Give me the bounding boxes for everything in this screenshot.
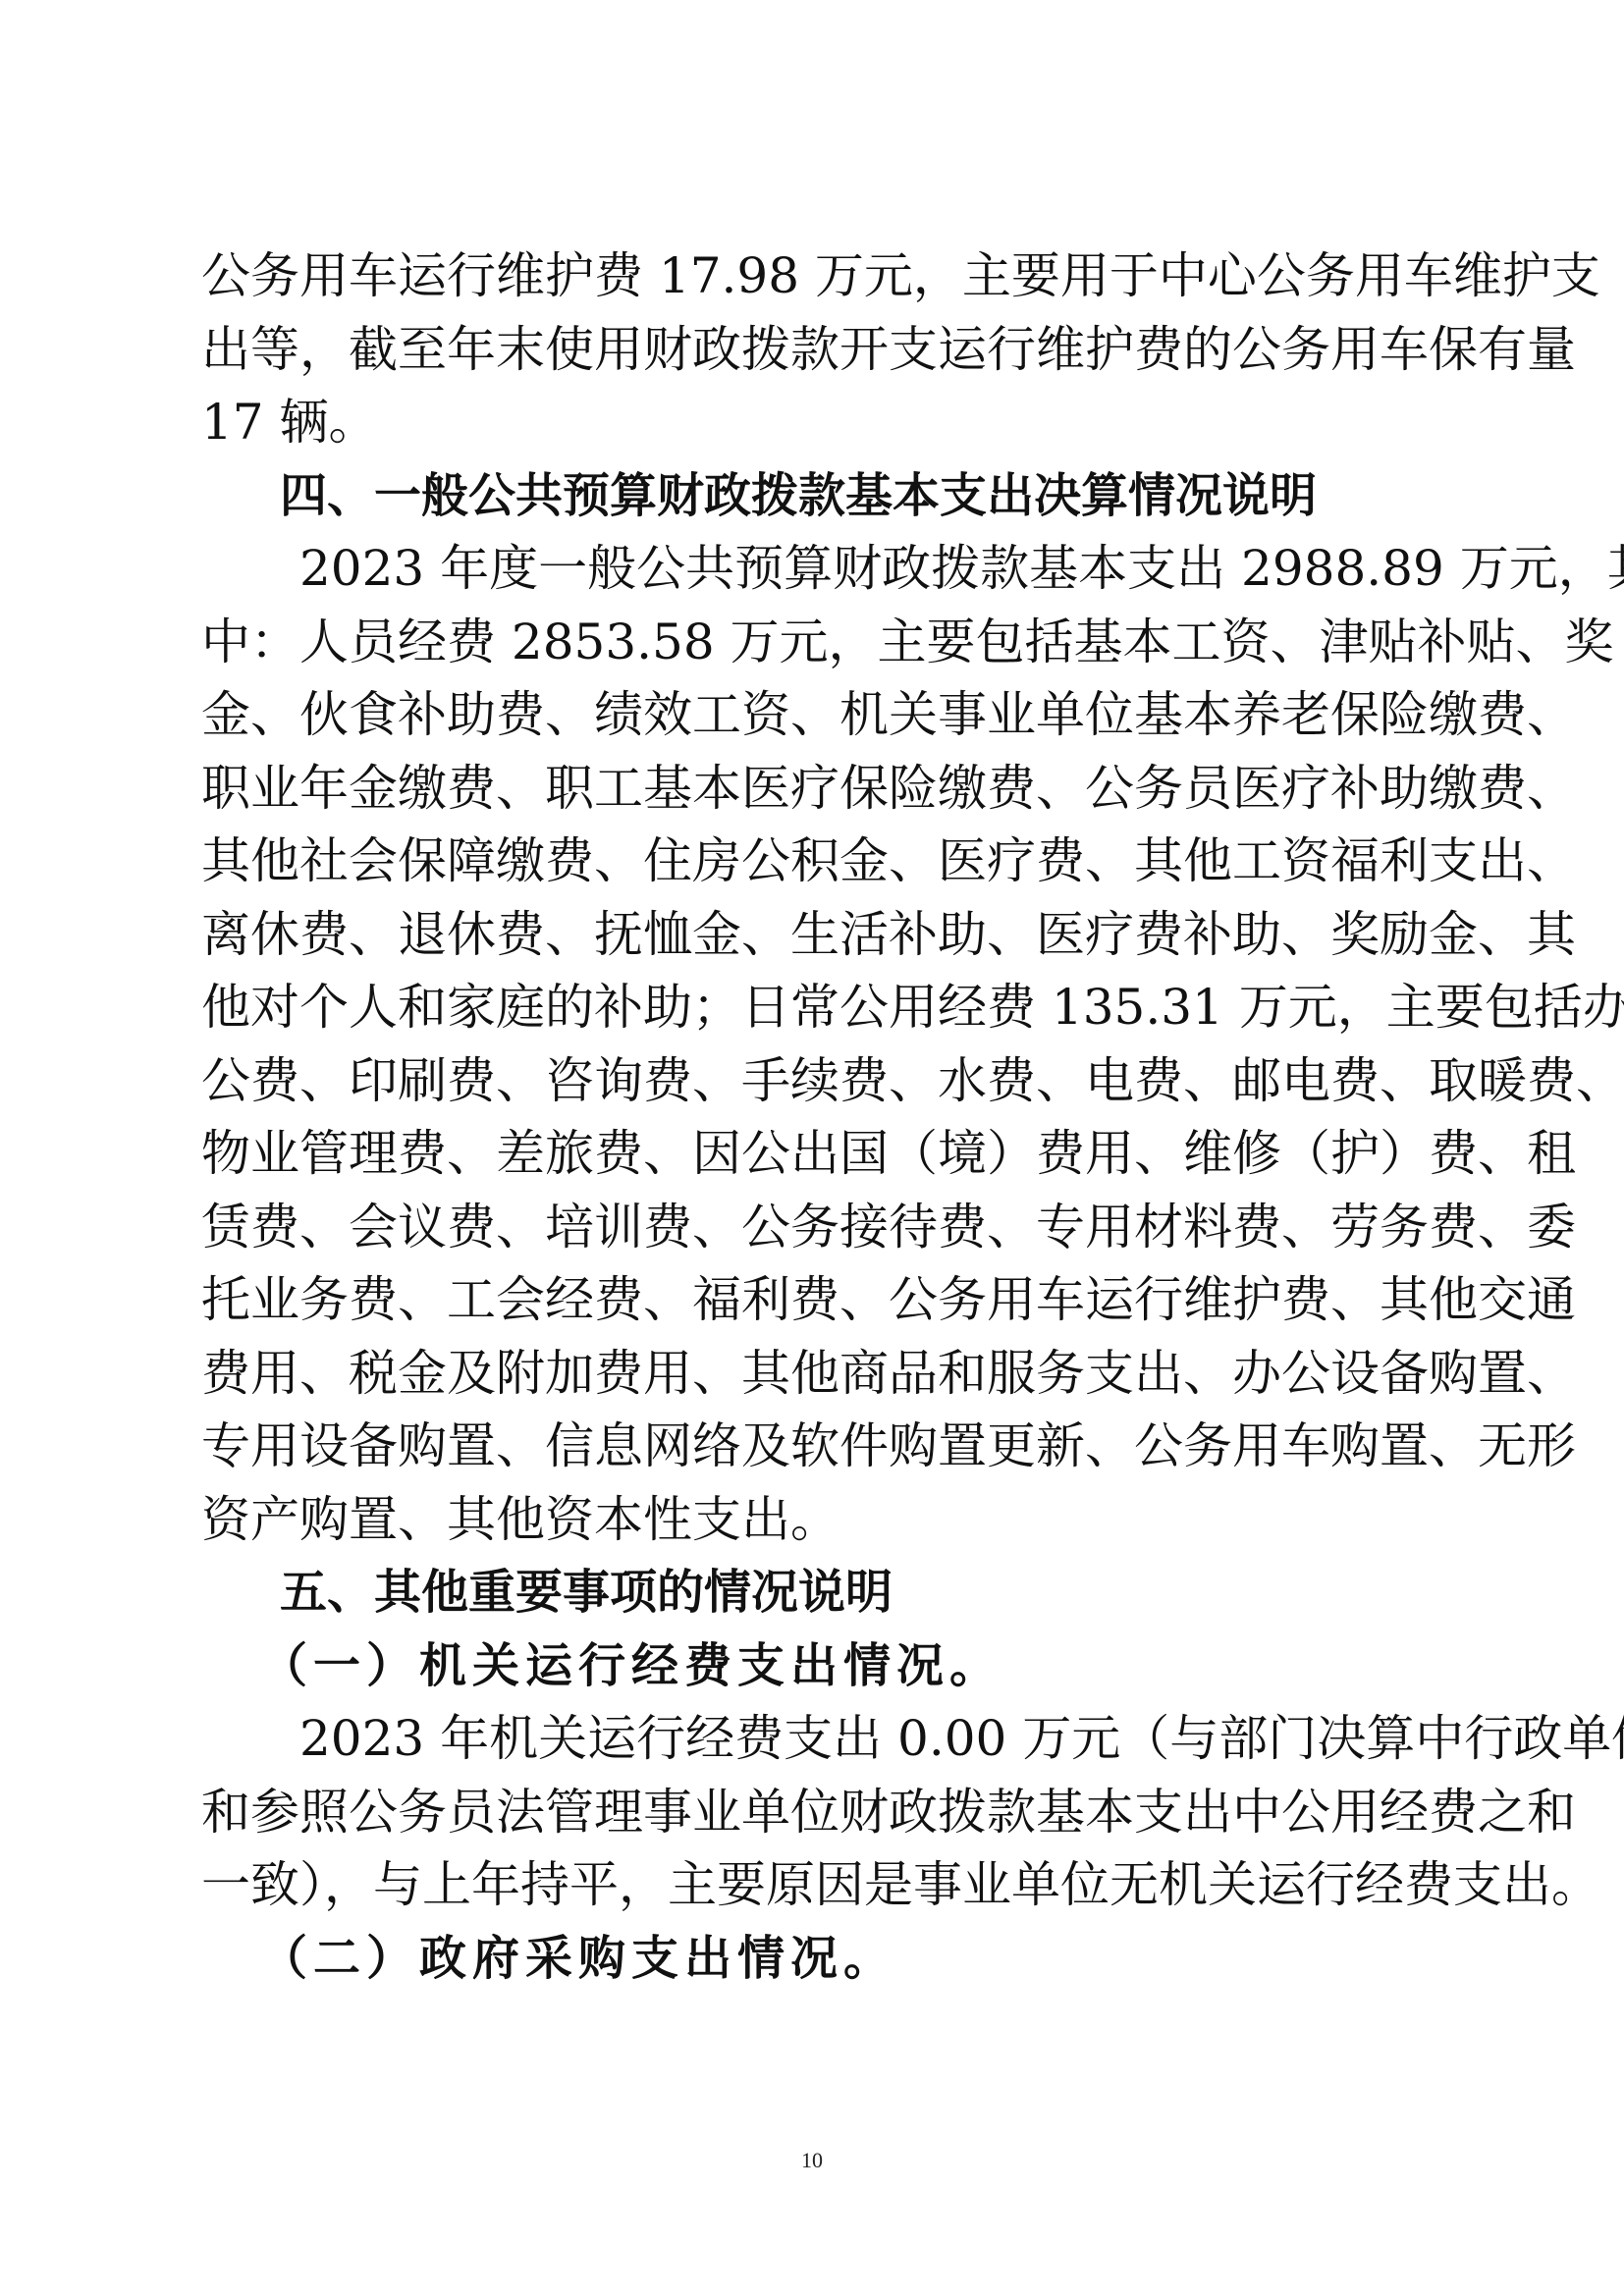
paragraph-line: 赁费、会议费、培训费、公务接待费、专用材料费、劳务费、委 bbox=[201, 1191, 1440, 1264]
paragraph-line: 职业年金缴费、职工基本医疗保险缴费、公务员医疗补助缴费、 bbox=[201, 752, 1440, 826]
paragraph-line: 物业管理费、差旅费、因公出国（境）费用、维修（护）费、租 bbox=[201, 1117, 1440, 1191]
paragraph-line: 2023 年度一般公共预算财政拨款基本支出 2988.89 万元，其 bbox=[201, 532, 1440, 606]
paragraph-line: 2023 年机关运行经费支出 0.00 万元（与部门决算中行政单位 bbox=[201, 1702, 1440, 1776]
paragraph-line: 金、伙食补助费、绩效工资、机关事业单位基本养老保险缴费、 bbox=[201, 678, 1440, 752]
paragraph-line: 其他社会保障缴费、住房公积金、医疗费、其他工资福利支出、 bbox=[201, 825, 1440, 898]
page-number: 10 bbox=[0, 2148, 1624, 2173]
paragraph-line: 一致），与上年持平，主要原因是事业单位无机关运行经费支出。 bbox=[201, 1848, 1440, 1922]
paragraph-line: 专用设备购置、信息网络及软件购置更新、公务用车购置、无形 bbox=[201, 1410, 1440, 1483]
document-page: 公务用车运行维护费 17.98 万元，主要用于中心公务用车维护支 出等，截至年末… bbox=[201, 240, 1440, 1995]
paragraph-line: 中：人员经费 2853.58 万元，主要包括基本工资、津贴补贴、奖 bbox=[201, 606, 1440, 679]
paragraph-line: 公务用车运行维护费 17.98 万元，主要用于中心公务用车维护支 bbox=[201, 240, 1440, 313]
paragraph-line: 他对个人和家庭的补助；日常公用经费 135.31 万元，主要包括办 bbox=[201, 971, 1440, 1044]
paragraph-line: 托业务费、工会经费、福利费、公务用车运行维护费、其他交通 bbox=[201, 1263, 1440, 1337]
section-heading-4: 四、一般公共预算财政拨款基本支出决算情况说明 bbox=[201, 459, 1440, 533]
paragraph-line: 出等，截至年末使用财政拨款开支运行维护费的公务用车保有量 bbox=[201, 313, 1440, 387]
paragraph-line: 资产购置、其他资本性支出。 bbox=[201, 1483, 1440, 1557]
paragraph-line: 公费、印刷费、咨询费、手续费、水费、电费、邮电费、取暖费、 bbox=[201, 1044, 1440, 1118]
subsection-heading-1: （一）机关运行经费支出情况。 bbox=[201, 1629, 1440, 1703]
subsection-heading-2: （二）政府采购支出情况。 bbox=[201, 1922, 1440, 1996]
paragraph-line: 和参照公务员法管理事业单位财政拨款基本支出中公用经费之和 bbox=[201, 1776, 1440, 1849]
section-heading-5: 五、其他重要事项的情况说明 bbox=[201, 1556, 1440, 1629]
paragraph-line: 离休费、退休费、抚恤金、生活补助、医疗费补助、奖励金、其 bbox=[201, 898, 1440, 972]
paragraph-line: 17 辆。 bbox=[201, 386, 1440, 459]
paragraph-line: 费用、税金及附加费用、其他商品和服务支出、办公设备购置、 bbox=[201, 1337, 1440, 1411]
